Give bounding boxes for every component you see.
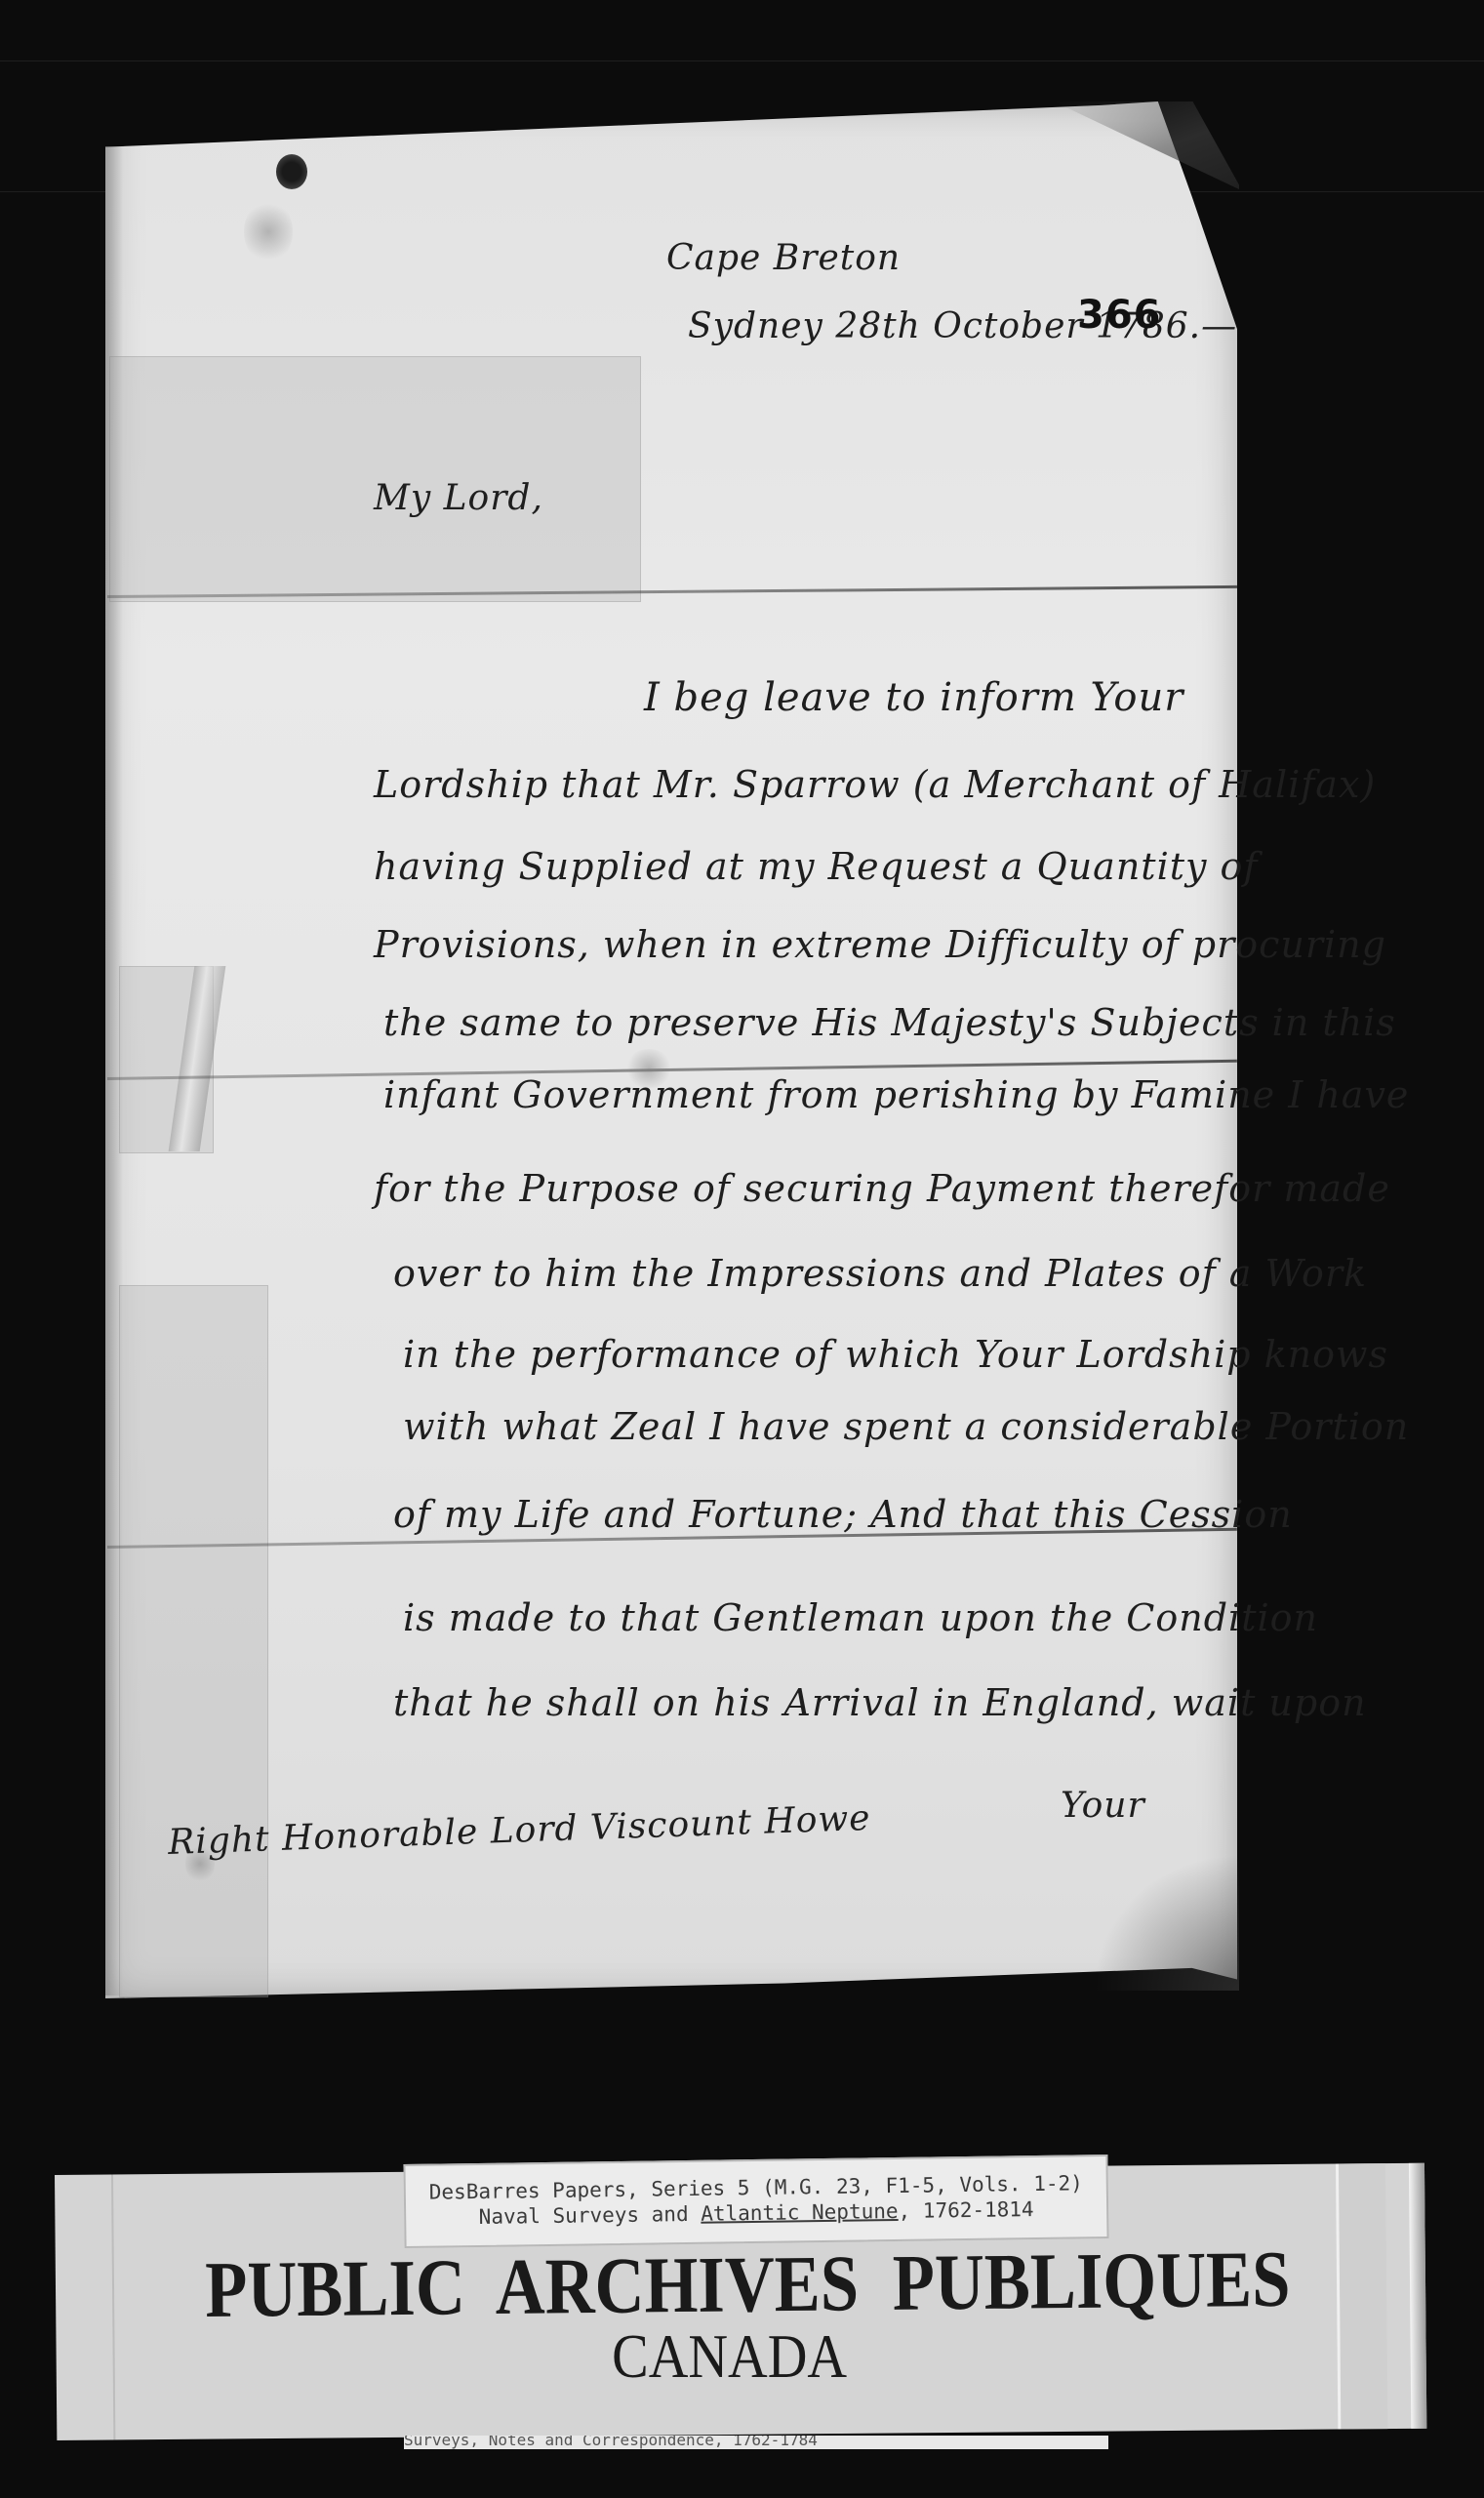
series-line-2-suffix: , 1762-1814 [898,2197,1033,2223]
body-line: in the performance of which Your Lordshi… [403,1333,1388,1376]
body-line: of my Life and Fortune; And that this Ce… [393,1493,1293,1536]
label-right-flap [1336,2163,1387,2429]
series-line-2-prefix: Naval Surveys and [479,2202,702,2229]
series-title-underlined: Atlantic Neptune [701,2199,899,2226]
body-line: for the Purpose of securing Payment ther… [374,1167,1390,1210]
body-line: infant Government from perishing by Fami… [383,1073,1409,1116]
body-line: is made to that Gentleman upon the Condi… [403,1596,1318,1639]
body-line: I beg leave to inform Your [644,675,1183,720]
punch-hole [276,154,307,189]
body-line: over to him the Impressions and Plates o… [393,1252,1367,1295]
body-line: Lordship that Mr. Sparrow (a Merchant of… [374,763,1376,806]
label-right-edge [1409,2163,1426,2429]
letter-place: Cape Breton [666,238,901,278]
salutation: My Lord, [374,478,543,518]
body-line: with what Zeal I have spent a considerab… [403,1405,1409,1448]
pasted-strip-lower-left [119,1285,268,1997]
corner-stain [1093,1854,1239,1991]
film-scratch [0,60,1484,61]
body-line: the same to preserve His Majesty's Subje… [383,1001,1396,1044]
label-margin-line [111,2174,115,2439]
partial-series-strip: Surveys, Notes and Correspondence, 1762-… [404,2436,1108,2449]
archives-country: CANADA [605,2320,854,2393]
body-line: Provisions, when in extreme Difficulty o… [374,923,1386,966]
stain [244,200,293,263]
series-label: DesBarres Papers, Series 5 (M.G. 23, F1-… [403,2155,1108,2248]
body-line: that he shall on his Arrival in England,… [393,1681,1367,1724]
catchword: Your [1061,1786,1145,1826]
body-line: having Supplied at my Request a Quantity… [374,845,1258,888]
folio-number: 366 [1077,293,1162,338]
